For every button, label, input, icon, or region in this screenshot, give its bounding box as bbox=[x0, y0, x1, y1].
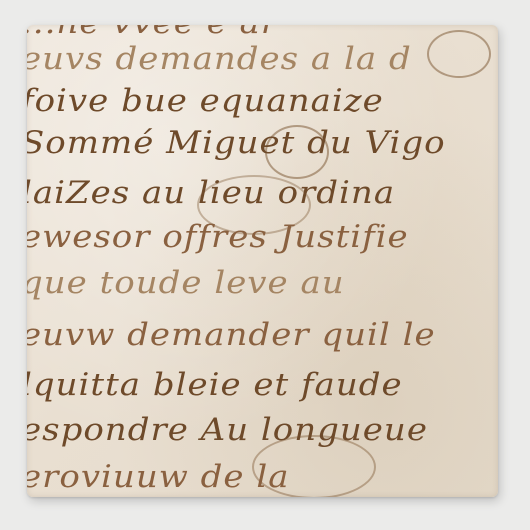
script-line: ...ne vvee e ar bbox=[27, 25, 278, 41]
stone-coaster: ...ne vvee e ar euvs demandes a la d foi… bbox=[27, 25, 498, 497]
script-line: eroviuuw de la bbox=[27, 459, 289, 495]
ink-flourish bbox=[427, 30, 491, 78]
script-line: lquitta bleie et faude bbox=[27, 367, 403, 403]
script-line: espondre Au longueue bbox=[27, 412, 428, 448]
script-line: euvw demander quil le bbox=[27, 317, 436, 353]
script-line: que toude leve au bbox=[27, 265, 345, 301]
script-line: ewesor offres Justifie bbox=[27, 219, 409, 255]
script-line: euvs demandes a la d bbox=[27, 41, 412, 77]
script-line: Sommé Miguet du Vigo bbox=[27, 125, 446, 161]
script-line: laiZes au lieu ordina bbox=[27, 175, 395, 211]
script-line: foive bue equanaize bbox=[27, 83, 384, 119]
